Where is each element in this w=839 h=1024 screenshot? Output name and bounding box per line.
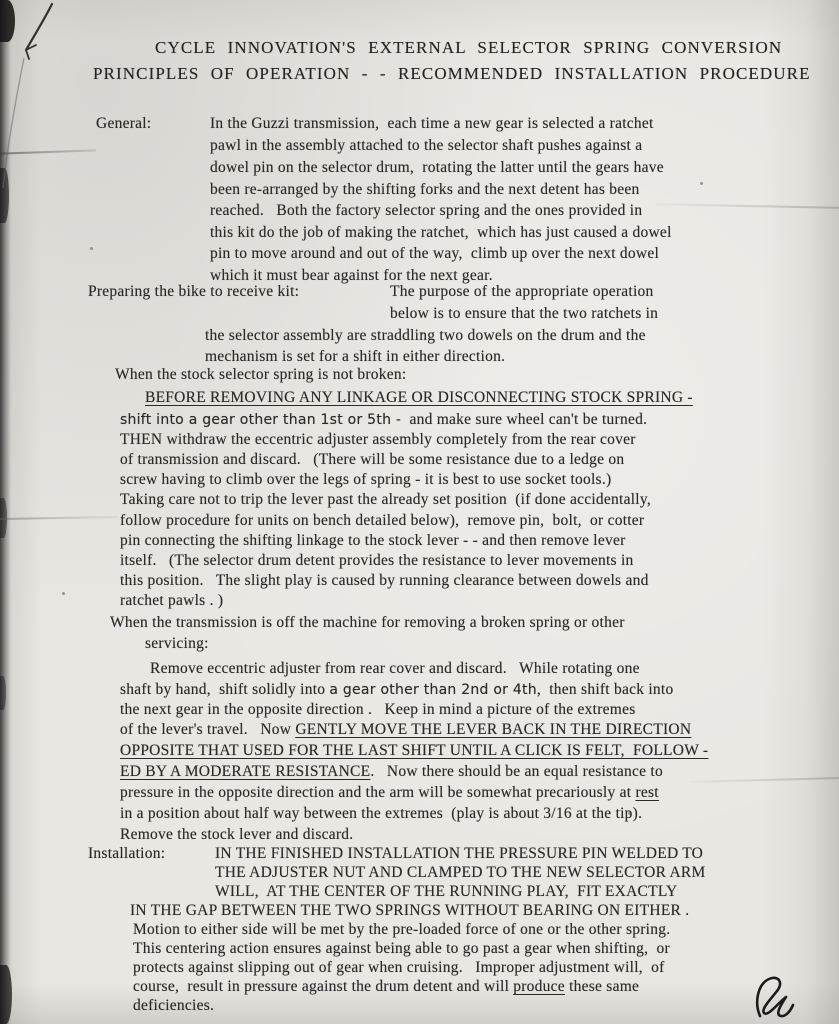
doc-line: The purpose of the appropriate operation (390, 283, 654, 302)
doc-line: this kit do the job of making the ratche… (210, 224, 672, 243)
doc-line: the next gear in the opposite direction … (120, 701, 635, 720)
doc-line: THEN withdraw the eccentric adjuster ass… (120, 431, 636, 450)
doc-line: pin to move around and out of the way, c… (210, 245, 659, 264)
text-segment: When the stock selector spring is not br… (115, 366, 406, 383)
text-segment: The purpose of the appropriate operation (390, 283, 654, 300)
underlined-text-segment: GENTLY MOVE THE LEVER BACK IN THE DIRECT… (295, 721, 691, 738)
section-heading-spring-not-broken: When the stock selector spring is not br… (115, 366, 406, 385)
doc-line: follow procedure for units on bench deta… (120, 512, 644, 531)
text-segment: course, result in pressure against the d… (133, 978, 513, 995)
doc-line: IN THE FINISHED INSTALLATION THE PRESSUR… (215, 845, 703, 864)
text-segment: WILL, AT THE CENTER OF THE RUNNING PLAY,… (215, 883, 677, 900)
text-segment: . Now there should be an equal resistanc… (370, 763, 663, 780)
doc-line: screw having to climb over the legs of s… (120, 471, 611, 490)
scanned-document-page: CYCLE INNOVATION'S EXTERNAL SELECTOR SPR… (0, 0, 839, 1024)
pen-mark-icon (0, 0, 90, 200)
underlined-text-segment: ED BY A MODERATE RESISTANCE (120, 763, 370, 780)
doc-line: shaft by hand, shift solidly into a gear… (120, 681, 674, 700)
doc-line: servicing: (145, 635, 209, 654)
text-segment: PRINCIPLES OF OPERATION - - RECOMMENDED … (93, 64, 811, 83)
section-heading-transmission-off: When the transmission is off the machine… (110, 614, 625, 633)
text-segment: which it must bear against for the next … (210, 267, 493, 284)
text-segment: pawl in the assembly attached to the sel… (210, 137, 642, 154)
crease-line (0, 516, 118, 520)
text-segment: these same (565, 978, 639, 995)
text-segment: Remove eccentric adjuster from rear cove… (150, 660, 640, 677)
doc-line: been re-arranged by the shifting forks a… (210, 181, 640, 200)
text-segment: deficiencies. (133, 997, 214, 1014)
doc-line: course, result in pressure against the d… (133, 978, 639, 997)
text-segment: Remove the stock lever and discard. (120, 826, 353, 843)
text-segment: THE ADJUSTER NUT AND CLAMPED TO THE NEW … (215, 864, 706, 881)
text-segment: itself. (The selector drum detent provid… (120, 552, 634, 569)
text-segment: of transmission and discard. (There will… (120, 451, 624, 468)
scan-speck (700, 182, 703, 185)
text-segment: reached. Both the factory selector sprin… (210, 202, 642, 219)
text-segment: In the Guzzi transmission, each time a n… (210, 115, 654, 132)
text-segment: Installation: (88, 845, 165, 862)
text-segment: mechanism is set for a shift in either d… (205, 348, 505, 365)
scan-speck (628, 812, 631, 815)
text-segment: pin connecting the shifting linkage to t… (120, 532, 626, 549)
doc-title-line-2: PRINCIPLES OF OPERATION - - RECOMMENDED … (93, 64, 811, 84)
doc-line: Motion to either side will be met by the… (133, 921, 670, 940)
doc-line: Remove eccentric adjuster from rear cove… (150, 660, 640, 679)
text-segment: Taking care not to trip the lever past t… (120, 491, 651, 508)
text-segment: this kit do the job of making the ratche… (210, 224, 672, 241)
doc-line: the selector assembly are straddling two… (205, 327, 646, 346)
doc-line: of transmission and discard. (There will… (120, 451, 624, 470)
doc-line: protects against slipping out of gear wh… (133, 959, 665, 978)
text-segment: screw having to climb over the legs of s… (120, 471, 611, 488)
doc-line: pin connecting the shifting linkage to t… (120, 532, 626, 551)
doc-line: IN THE GAP BETWEEN THE TWO SPRINGS WITHO… (130, 902, 689, 921)
doc-line: mechanism is set for a shift in either d… (205, 348, 505, 367)
doc-line: reached. Both the factory selector sprin… (210, 202, 642, 221)
text-segment: follow procedure for units on bench deta… (120, 512, 644, 529)
text-segment: IN THE FINISHED INSTALLATION THE PRESSUR… (215, 845, 703, 862)
doc-line: pawl in the assembly attached to the sel… (210, 137, 642, 156)
doc-line: BEFORE REMOVING ANY LINKAGE OR DISCONNEC… (145, 389, 693, 408)
section-label-installation: Installation: (88, 845, 165, 864)
text-segment: protects against slipping out of gear wh… (133, 959, 665, 976)
text-segment: been re-arranged by the shifting forks a… (210, 181, 640, 198)
scan-speck (62, 592, 65, 595)
text-segment: , then shift back into (537, 681, 674, 698)
underlined-text-segment: produce (513, 978, 565, 995)
text-segment: pin to move around and out of the way, c… (210, 245, 659, 262)
scan-edge-blob (0, 676, 6, 710)
doc-line: In the Guzzi transmission, each time a n… (210, 115, 654, 134)
underlined-text-segment: rest (635, 784, 658, 801)
crease-line (656, 203, 839, 209)
text-segment: When the transmission is off the machine… (110, 614, 625, 631)
doc-line: ED BY A MODERATE RESISTANCE. Now there s… (120, 763, 663, 782)
text-segment: shift into a gear other than 1st or 5th … (120, 412, 401, 428)
text-segment: and make sure wheel can't be turned. (401, 411, 647, 428)
doc-line: ratchet pawls . ) (120, 592, 223, 611)
doc-line: pressure in the opposite direction and t… (120, 784, 659, 803)
doc-line: below is to ensure that the two ratchets… (390, 305, 658, 324)
text-segment: General: (96, 115, 151, 132)
text-segment: THEN withdraw the eccentric adjuster ass… (120, 431, 636, 448)
doc-line: shift into a gear other than 1st or 5th … (120, 411, 647, 430)
text-segment: the selector assembly are straddling two… (205, 327, 646, 344)
doc-line: dowel pin on the selector drum, rotating… (210, 159, 664, 178)
scan-edge-blob (0, 965, 12, 1024)
doc-line: of the lever's travel. Now GENTLY MOVE T… (120, 721, 691, 740)
doc-line: OPPOSITE THAT USED FOR THE LAST SHIFT UN… (120, 742, 708, 761)
scan-edge-blob (0, 498, 7, 538)
section-label-preparing: Preparing the bike to receive kit: (88, 283, 299, 302)
text-segment: a gear other than 2nd or 4th (329, 682, 536, 698)
scan-speck (420, 332, 423, 335)
text-segment: in a position about half way between the… (120, 805, 642, 822)
section-label-general: General: (96, 115, 151, 134)
text-segment: dowel pin on the selector drum, rotating… (210, 159, 664, 176)
text-segment: CYCLE INNOVATION'S EXTERNAL SELECTOR SPR… (155, 38, 782, 57)
text-segment: this position. The slight play is caused… (120, 572, 649, 589)
text-segment: of the lever's travel. Now (120, 721, 295, 738)
text-segment: Preparing the bike to receive kit: (88, 283, 299, 300)
underlined-text-segment: OPPOSITE THAT USED FOR THE LAST SHIFT UN… (120, 742, 708, 759)
doc-line: this position. The slight play is caused… (120, 572, 649, 591)
doc-line: Taking care not to trip the lever past t… (120, 491, 651, 510)
text-segment: the next gear in the opposite direction … (120, 701, 635, 718)
text-segment: ratchet pawls . ) (120, 592, 223, 609)
crease-line (690, 777, 839, 783)
text-segment: below is to ensure that the two ratchets… (390, 305, 658, 322)
text-segment: pressure in the opposite direction and t… (120, 784, 635, 801)
underlined-text-segment: BEFORE REMOVING ANY LINKAGE OR DISCONNEC… (145, 389, 693, 406)
scan-speck (90, 247, 93, 250)
text-segment: Motion to either side will be met by the… (133, 921, 670, 938)
doc-line: This centering action ensures against be… (133, 940, 670, 959)
text-segment: servicing: (145, 635, 209, 652)
doc-line: Remove the stock lever and discard. (120, 826, 353, 845)
text-segment: IN THE GAP BETWEEN THE TWO SPRINGS WITHO… (130, 902, 689, 919)
doc-line: deficiencies. (133, 997, 214, 1016)
doc-line: WILL, AT THE CENTER OF THE RUNNING PLAY,… (215, 883, 677, 902)
doc-line: itself. (The selector drum detent provid… (120, 552, 634, 571)
doc-line: in a position about half way between the… (120, 805, 642, 824)
text-segment: shaft by hand, shift solidly into (120, 681, 329, 698)
doc-line: THE ADJUSTER NUT AND CLAMPED TO THE NEW … (215, 864, 706, 883)
signature-mark-icon (748, 972, 804, 1022)
doc-title-line-1: CYCLE INNOVATION'S EXTERNAL SELECTOR SPR… (155, 38, 782, 58)
text-segment: This centering action ensures against be… (133, 940, 670, 957)
